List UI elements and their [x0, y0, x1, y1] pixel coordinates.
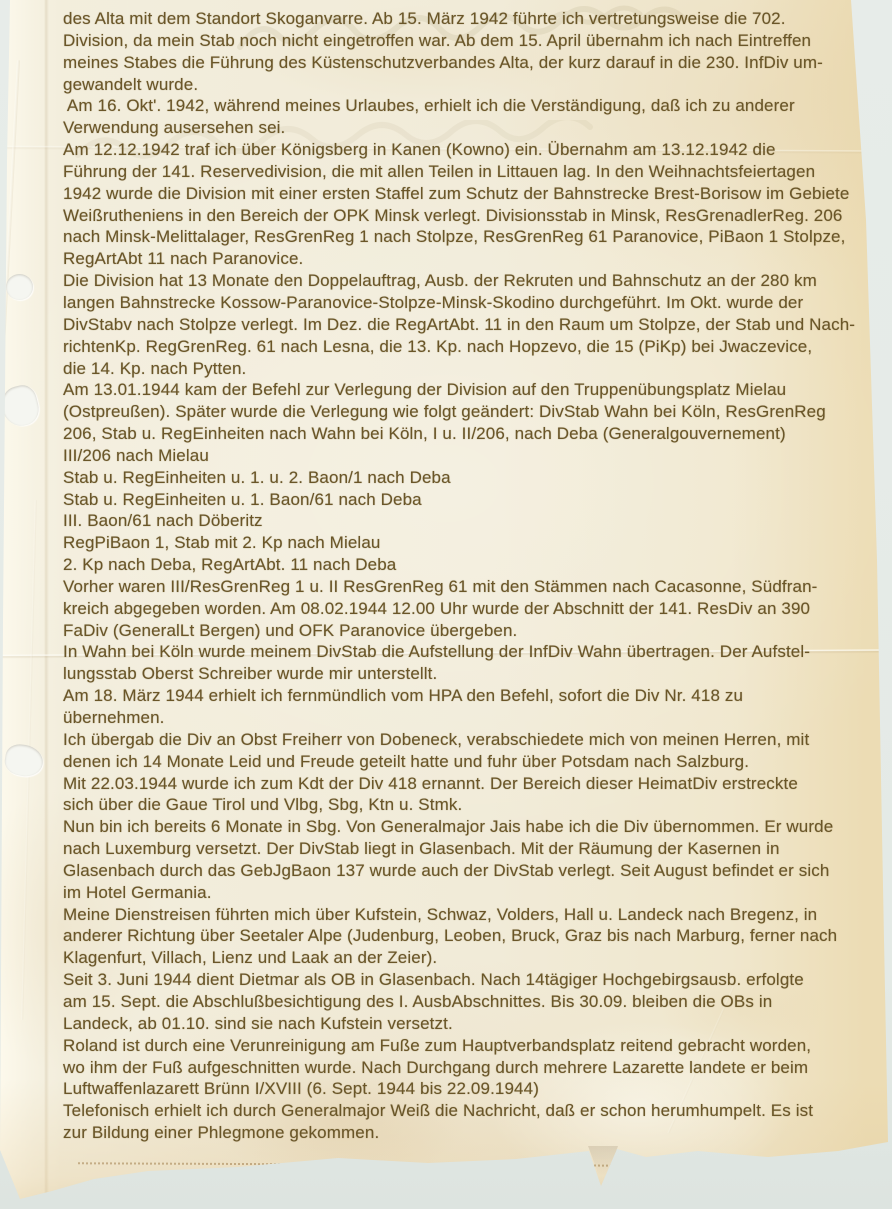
document-line: Meine Dienstreisen führten mich über Kuf… [63, 905, 863, 927]
document-line: nach Minsk-Melittalager, ResGrenReg 1 na… [63, 227, 863, 249]
document-line: Roland ist durch eine Verunreinigung am … [63, 1036, 863, 1058]
document-line: Landeck, ab 01.10. sind sie nach Kufstei… [63, 1014, 863, 1036]
document-line: Am 18. März 1944 erhielt ich fernmündlic… [63, 686, 863, 708]
document-line: richtenKp. RegGrenReg. 61 nach Lesna, di… [63, 337, 863, 359]
paper-sheet: des Alta mit dem Standort Skoganvarre. A… [0, 0, 892, 1209]
document-line: RegPiBaon 1, Stab mit 2. Kp nach Mielau [63, 533, 863, 555]
scanned-page: des Alta mit dem Standort Skoganvarre. A… [0, 0, 892, 1209]
document-line: gewandelt wurde. [63, 75, 863, 97]
document-line: Division, da mein Stab noch nicht einget… [63, 31, 863, 53]
document-line: übernehmen. [63, 708, 863, 730]
document-line: (Ostpreußen). Später wurde die Verlegung… [63, 402, 863, 424]
document-line: Nun bin ich bereits 6 Monate in Sbg. Von… [63, 817, 863, 839]
document-line: Seit 3. Juni 1944 dient Dietmar als OB i… [63, 970, 863, 992]
document-line: Mit 22.03.1944 wurde ich zum Kdt der Div… [63, 774, 863, 796]
document-line: des Alta mit dem Standort Skoganvarre. A… [63, 9, 863, 31]
document-text-block: des Alta mit dem Standort Skoganvarre. A… [63, 9, 863, 1145]
document-line: Vorher waren III/ResGrenReg 1 u. II ResG… [63, 577, 863, 599]
document-line: Führung der 141. Reservedivision, die mi… [63, 162, 863, 184]
document-line: nach Luxemburg versetzt. Der DivStab lie… [63, 839, 863, 861]
document-line: Die Division hat 13 Monate den Doppelauf… [63, 271, 863, 293]
document-line: meines Stabes die Führung des Küstenschu… [63, 53, 863, 75]
document-line: die 14. Kp. nach Pytten. [63, 359, 863, 381]
document-line: 2. Kp nach Deba, RegArtAbt. 11 nach Deba [63, 555, 863, 577]
document-line: zur Bildung einer Phlegmone gekommen. [63, 1123, 863, 1145]
document-line: Am 16. Okt'. 1942, während meines Urlaub… [63, 96, 863, 118]
document-line: In Wahn bei Köln wurde meinem DivStab di… [63, 642, 863, 664]
document-line: wo ihm der Fuß aufgeschnitten wurde. Nac… [63, 1058, 863, 1080]
document-line: Verwendung ausersehen sei. [63, 118, 863, 140]
document-line: lungsstab Oberst Schreiber wurde mir unt… [63, 664, 863, 686]
tear-notch-shadow [588, 1146, 618, 1188]
document-line: kreich abgegeben worden. Am 08.02.1944 1… [63, 599, 863, 621]
document-line: langen Bahnstrecke Kossow-Paranovice-Sto… [63, 293, 863, 315]
document-line: 1942 wurde die Division mit einer ersten… [63, 184, 863, 206]
document-line: Stab u. RegEinheiten u. 1. u. 2. Baon/1 … [63, 468, 863, 490]
document-line: denen ich 14 Monate Leid und Freude gete… [63, 752, 863, 774]
document-line: Am 13.01.1944 kam der Befehl zur Verlegu… [63, 380, 863, 402]
punch-hole [6, 274, 33, 300]
document-line: DivStabv nach Stolpze verlegt. Im Dez. d… [63, 315, 863, 337]
document-line: anderer Richtung über Seetaler Alpe (Jud… [63, 926, 863, 948]
document-line: III/206 nach Mielau [63, 446, 863, 468]
document-line: Weißrutheniens in den Bereich der OPK Mi… [63, 206, 863, 228]
document-line: RegArtAbt 11 nach Paranovice. [63, 249, 863, 271]
document-line: im Hotel Germania. [63, 883, 863, 905]
document-line: Klagenfurt, Villach, Lienz und Laak an d… [63, 948, 863, 970]
document-line: III. Baon/61 nach Döberitz [63, 511, 863, 533]
document-line: Am 12.12.1942 traf ich über Königsberg i… [63, 140, 863, 162]
document-line: 206, Stab u. RegEinheiten nach Wahn bei … [63, 424, 863, 446]
document-line: Glasenbach durch das GebJgBaon 137 wurde… [63, 861, 863, 883]
document-line: Stab u. RegEinheiten u. 1. Baon/61 nach … [63, 490, 863, 512]
document-line: sich über die Gaue Tirol und Vlbg, Sbg, … [63, 795, 863, 817]
document-line: Ich übergab die Div an Obst Freiherr von… [63, 730, 863, 752]
document-line: Telefonisch erhielt ich durch Generalmaj… [63, 1101, 863, 1123]
document-line: Luftwaffenlazarett Brünn I/XVIII (6. Sep… [63, 1079, 863, 1101]
document-line: FaDiv (GeneralLt Bergen) und OFK Paranov… [63, 621, 863, 643]
document-line: am 15. Sept. die Abschlußbesichtigung de… [63, 992, 863, 1014]
